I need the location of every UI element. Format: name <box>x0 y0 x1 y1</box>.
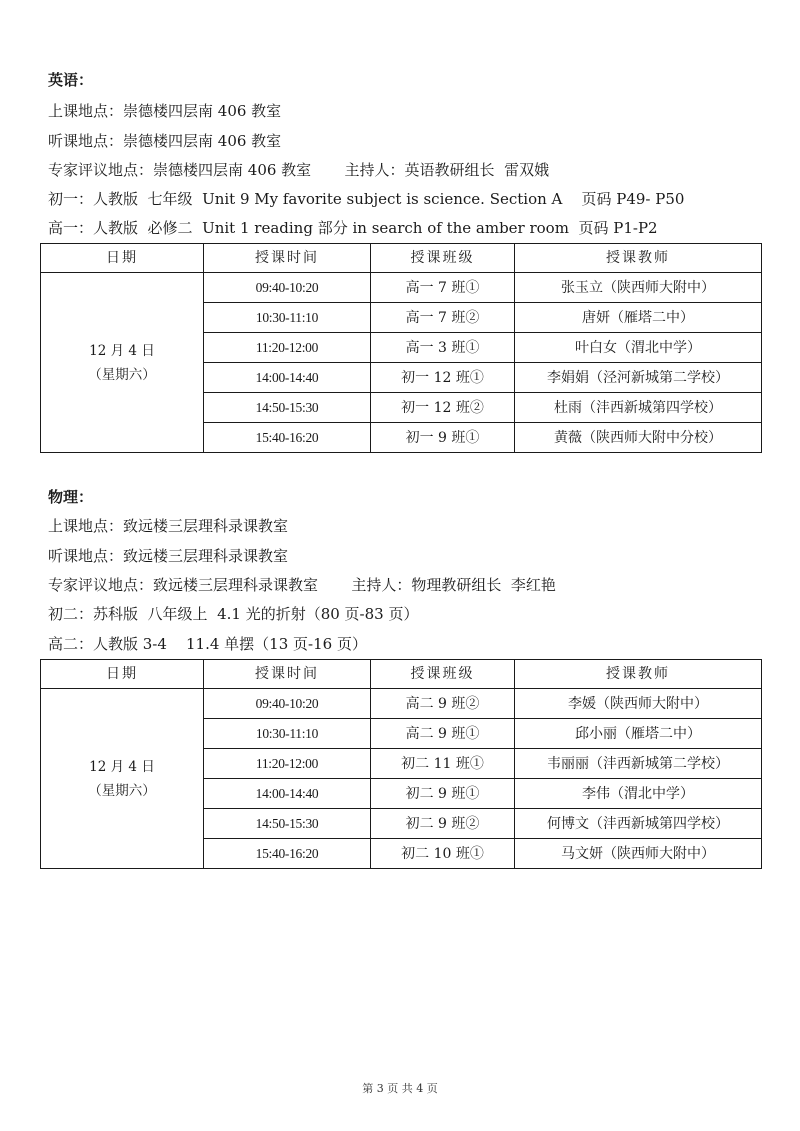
class-cell: 高二 9 班② <box>371 689 515 719</box>
header-date: 日期 <box>41 244 204 273</box>
time-cell: 09:40-10:20 <box>204 273 371 303</box>
class-cell: 高二 9 班① <box>371 719 515 749</box>
class-location: 上课地点：致远楼三层理科录课教室 <box>48 516 288 536</box>
table-row: 12 月 4 日 （星期六） 09:40-10:20 高二 9 班② 李媛（陕西… <box>41 689 762 719</box>
date-cell: 12 月 4 日 （星期六） <box>41 273 204 453</box>
grade11-lesson: 高二：人教版 3-4 11.4 单摆（13 页-16 页） <box>48 634 367 654</box>
physics-schedule-table: 日期 授课时间 授课班级 授课教师 12 月 4 日 （星期六） 09:40-1… <box>40 659 762 869</box>
time-cell: 10:30-11:10 <box>204 303 371 333</box>
section-title-physics: 物理： <box>48 487 93 507</box>
time-cell: 14:50-15:30 <box>204 809 371 839</box>
date-cell: 12 月 4 日 （星期六） <box>41 689 204 869</box>
review-location-host: 专家评议地点：致远楼三层理科录课教室 主持人：物理教研组长 李红艳 <box>48 575 556 595</box>
grade7-lesson: 初一：人教版 七年级 Unit 9 My favorite subject is… <box>48 189 684 209</box>
time-cell: 14:50-15:30 <box>204 393 371 423</box>
header-teacher: 授课教师 <box>515 660 762 689</box>
class-cell: 高一 3 班① <box>371 333 515 363</box>
class-cell: 初二 9 班② <box>371 809 515 839</box>
time-cell: 10:30-11:10 <box>204 719 371 749</box>
table-row: 12 月 4 日 （星期六） 09:40-10:20 高一 7 班① 张玉立（陕… <box>41 273 762 303</box>
class-cell: 初一 12 班② <box>371 393 515 423</box>
teacher-cell: 黄薇（陕西师大附中分校） <box>515 423 762 453</box>
teacher-cell: 韦丽丽（沣西新城第二学校） <box>515 749 762 779</box>
teacher-cell: 马文妍（陕西师大附中） <box>515 839 762 869</box>
teacher-cell: 李媛（陕西师大附中） <box>515 689 762 719</box>
grade8-lesson: 初二：苏科版 八年级上 4.1 光的折射（80 页-83 页） <box>48 604 418 624</box>
teacher-cell: 邱小丽（雁塔二中） <box>515 719 762 749</box>
class-cell: 初二 9 班① <box>371 779 515 809</box>
class-cell: 初一 9 班① <box>371 423 515 453</box>
teacher-cell: 唐妍（雁塔二中） <box>515 303 762 333</box>
class-cell: 高一 7 班① <box>371 273 515 303</box>
class-cell: 初一 12 班① <box>371 363 515 393</box>
teacher-cell: 何博文（沣西新城第四学校） <box>515 809 762 839</box>
time-cell: 09:40-10:20 <box>204 689 371 719</box>
time-cell: 15:40-16:20 <box>204 839 371 869</box>
header-class: 授课班级 <box>371 660 515 689</box>
observe-location: 听课地点：崇德楼四层南 406 教室 <box>48 131 281 151</box>
date-text: 12 月 4 日 <box>41 755 203 779</box>
time-cell: 14:00-14:40 <box>204 363 371 393</box>
review-location-host: 专家评议地点：崇德楼四层南 406 教室 主持人：英语教研组长 雷双娥 <box>48 160 549 180</box>
teacher-cell: 杜雨（沣西新城第四学校） <box>515 393 762 423</box>
header-time: 授课时间 <box>204 244 371 273</box>
header-date: 日期 <box>41 660 204 689</box>
class-cell: 初二 11 班① <box>371 749 515 779</box>
class-cell: 初二 10 班① <box>371 839 515 869</box>
header-teacher: 授课教师 <box>515 244 762 273</box>
header-time: 授课时间 <box>204 660 371 689</box>
header-class: 授课班级 <box>371 244 515 273</box>
teacher-cell: 叶白女（渭北中学） <box>515 333 762 363</box>
grade10-lesson: 高一：人教版 必修二 Unit 1 reading 部分 in search o… <box>48 218 658 238</box>
section-title-english: 英语： <box>48 70 93 90</box>
teacher-cell: 李娟娟（泾河新城第二学校） <box>515 363 762 393</box>
teacher-cell: 张玉立（陕西师大附中） <box>515 273 762 303</box>
teacher-cell: 李伟（渭北中学） <box>515 779 762 809</box>
time-cell: 15:40-16:20 <box>204 423 371 453</box>
time-cell: 11:20-12:00 <box>204 333 371 363</box>
observe-location: 听课地点：致远楼三层理科录课教室 <box>48 546 288 566</box>
table-header-row: 日期 授课时间 授课班级 授课教师 <box>41 660 762 689</box>
weekday-text: （星期六） <box>41 363 203 387</box>
class-location: 上课地点：崇德楼四层南 406 教室 <box>48 101 281 121</box>
english-schedule-table: 日期 授课时间 授课班级 授课教师 12 月 4 日 （星期六） 09:40-1… <box>40 243 762 453</box>
time-cell: 11:20-12:00 <box>204 749 371 779</box>
date-text: 12 月 4 日 <box>41 339 203 363</box>
time-cell: 14:00-14:40 <box>204 779 371 809</box>
table-header-row: 日期 授课时间 授课班级 授课教师 <box>41 244 762 273</box>
page-footer: 第 3 页 共 4 页 <box>0 1080 800 1096</box>
class-cell: 高一 7 班② <box>371 303 515 333</box>
weekday-text: （星期六） <box>41 779 203 803</box>
